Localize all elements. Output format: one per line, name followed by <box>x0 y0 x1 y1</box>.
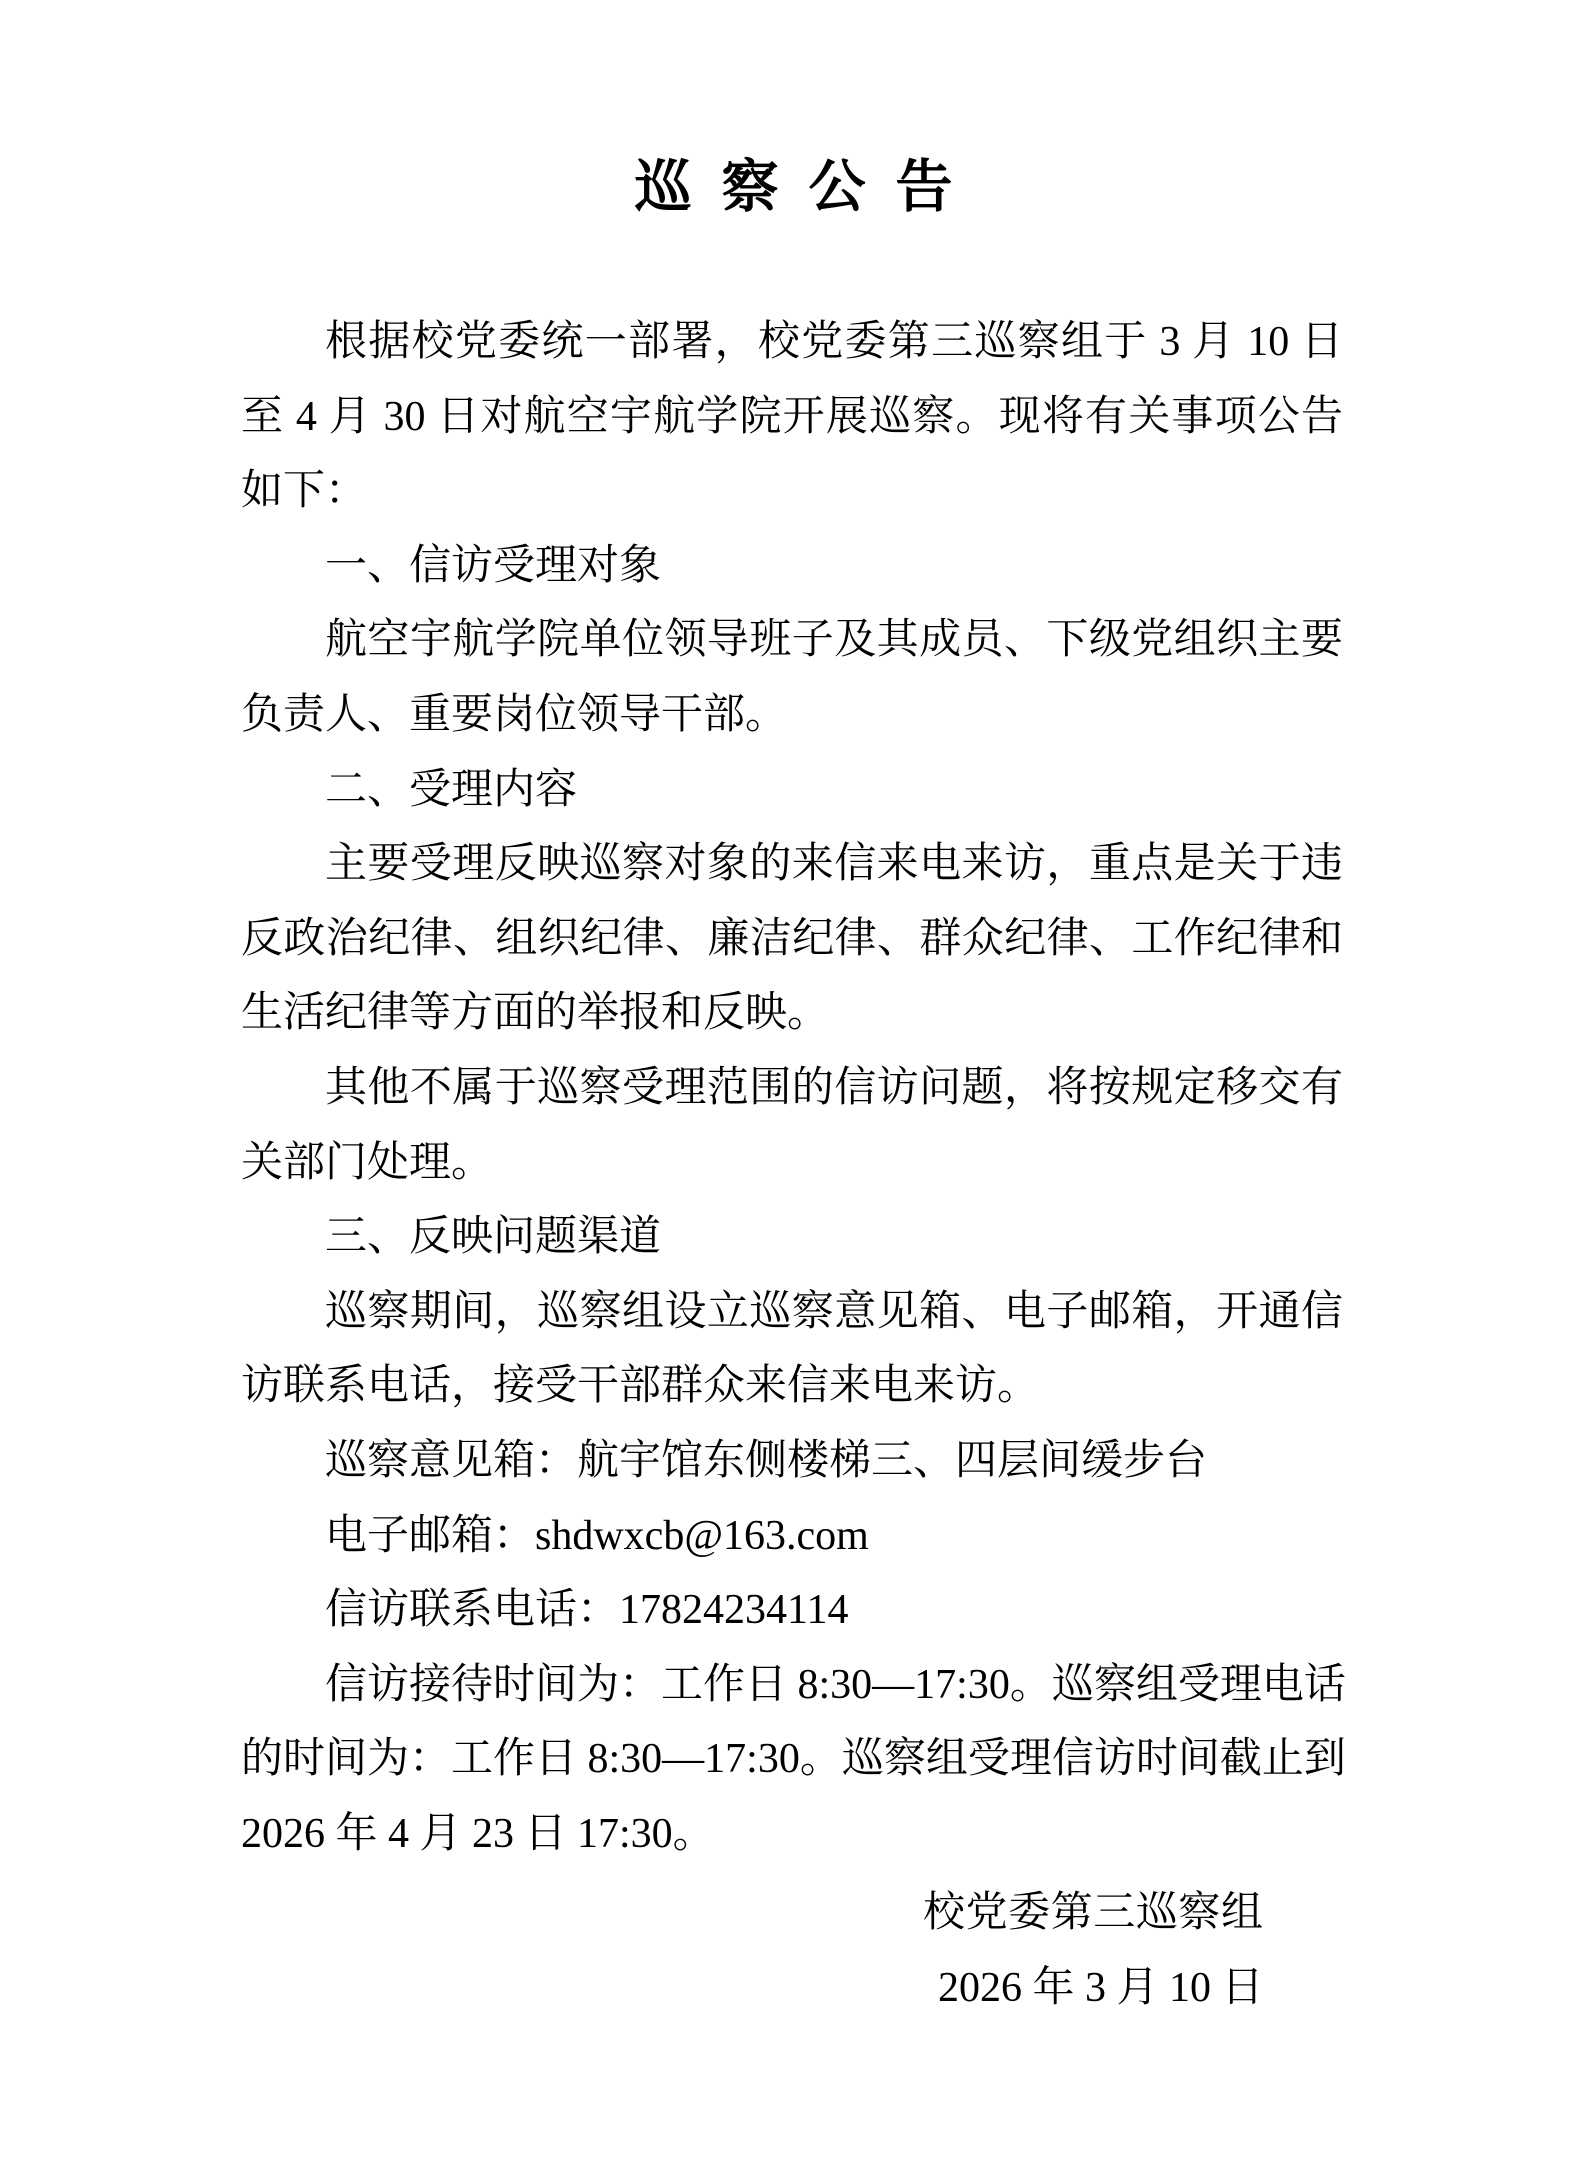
document-body: 根据校党委统一部署，校党委第三巡察组于 3 月 10 日 至 4 月 30 日对… <box>241 305 1343 1871</box>
document-page: 巡察公告 根据校党委统一部署，校党委第三巡察组于 3 月 10 日 至 4 月 … <box>0 0 1587 2169</box>
phone-info: 信访联系电话：17824234114 <box>241 1573 1343 1648</box>
section-2-note-line-1: 其他不属于巡察受理范围的信访问题，将按规定移交有 <box>241 1051 1343 1126</box>
section-1-heading: 一、信访受理对象 <box>241 529 1343 604</box>
signature-date: 2026 年 3 月 10 日 <box>938 1951 1263 2026</box>
section-3-heading: 三、反映问题渠道 <box>241 1200 1343 1275</box>
section-3-body-line-1: 巡察期间，巡察组设立巡察意见箱、电子邮箱，开通信 <box>241 1275 1343 1350</box>
signature-organization: 校党委第三巡察组 <box>923 1876 1263 1951</box>
document-title: 巡察公告 <box>0 150 1587 226</box>
section-2-body-line-2: 反政治纪律、组织纪律、廉洁纪律、群众纪律、工作纪律和 <box>241 902 1343 977</box>
email-info: 电子邮箱：shdwxcb@163.com <box>241 1499 1343 1574</box>
section-2-note-line-2: 关部门处理。 <box>241 1126 1343 1201</box>
suggestion-box-info: 巡察意见箱：航宇馆东侧楼梯三、四层间缓步台 <box>241 1424 1343 1499</box>
section-2-heading: 二、受理内容 <box>241 753 1343 828</box>
paragraph-intro-line-2: 至 4 月 30 日对航空宇航学院开展巡察。现将有关事项公告 <box>241 380 1343 455</box>
hours-info-line-1: 信访接待时间为：工作日 8:30—17:30。巡察组受理电话 <box>241 1648 1343 1723</box>
hours-info-line-2: 的时间为：工作日 8:30—17:30。巡察组受理信访时间截止到 <box>241 1722 1343 1797</box>
hours-info-line-3: 2026 年 4 月 23 日 17:30。 <box>241 1797 1343 1872</box>
section-2-body-line-3: 生活纪律等方面的举报和反映。 <box>241 976 1343 1051</box>
section-1-body-line-1: 航空宇航学院单位领导班子及其成员、下级党组织主要 <box>241 603 1343 678</box>
paragraph-intro-line-3: 如下： <box>241 454 1343 529</box>
section-2-body-line-1: 主要受理反映巡察对象的来信来电来访，重点是关于违 <box>241 827 1343 902</box>
section-1-body-line-2: 负责人、重要岗位领导干部。 <box>241 678 1343 753</box>
paragraph-intro-line-1: 根据校党委统一部署，校党委第三巡察组于 3 月 10 日 <box>241 305 1343 380</box>
section-3-body-line-2: 访联系电话，接受干部群众来信来电来访。 <box>241 1349 1343 1424</box>
